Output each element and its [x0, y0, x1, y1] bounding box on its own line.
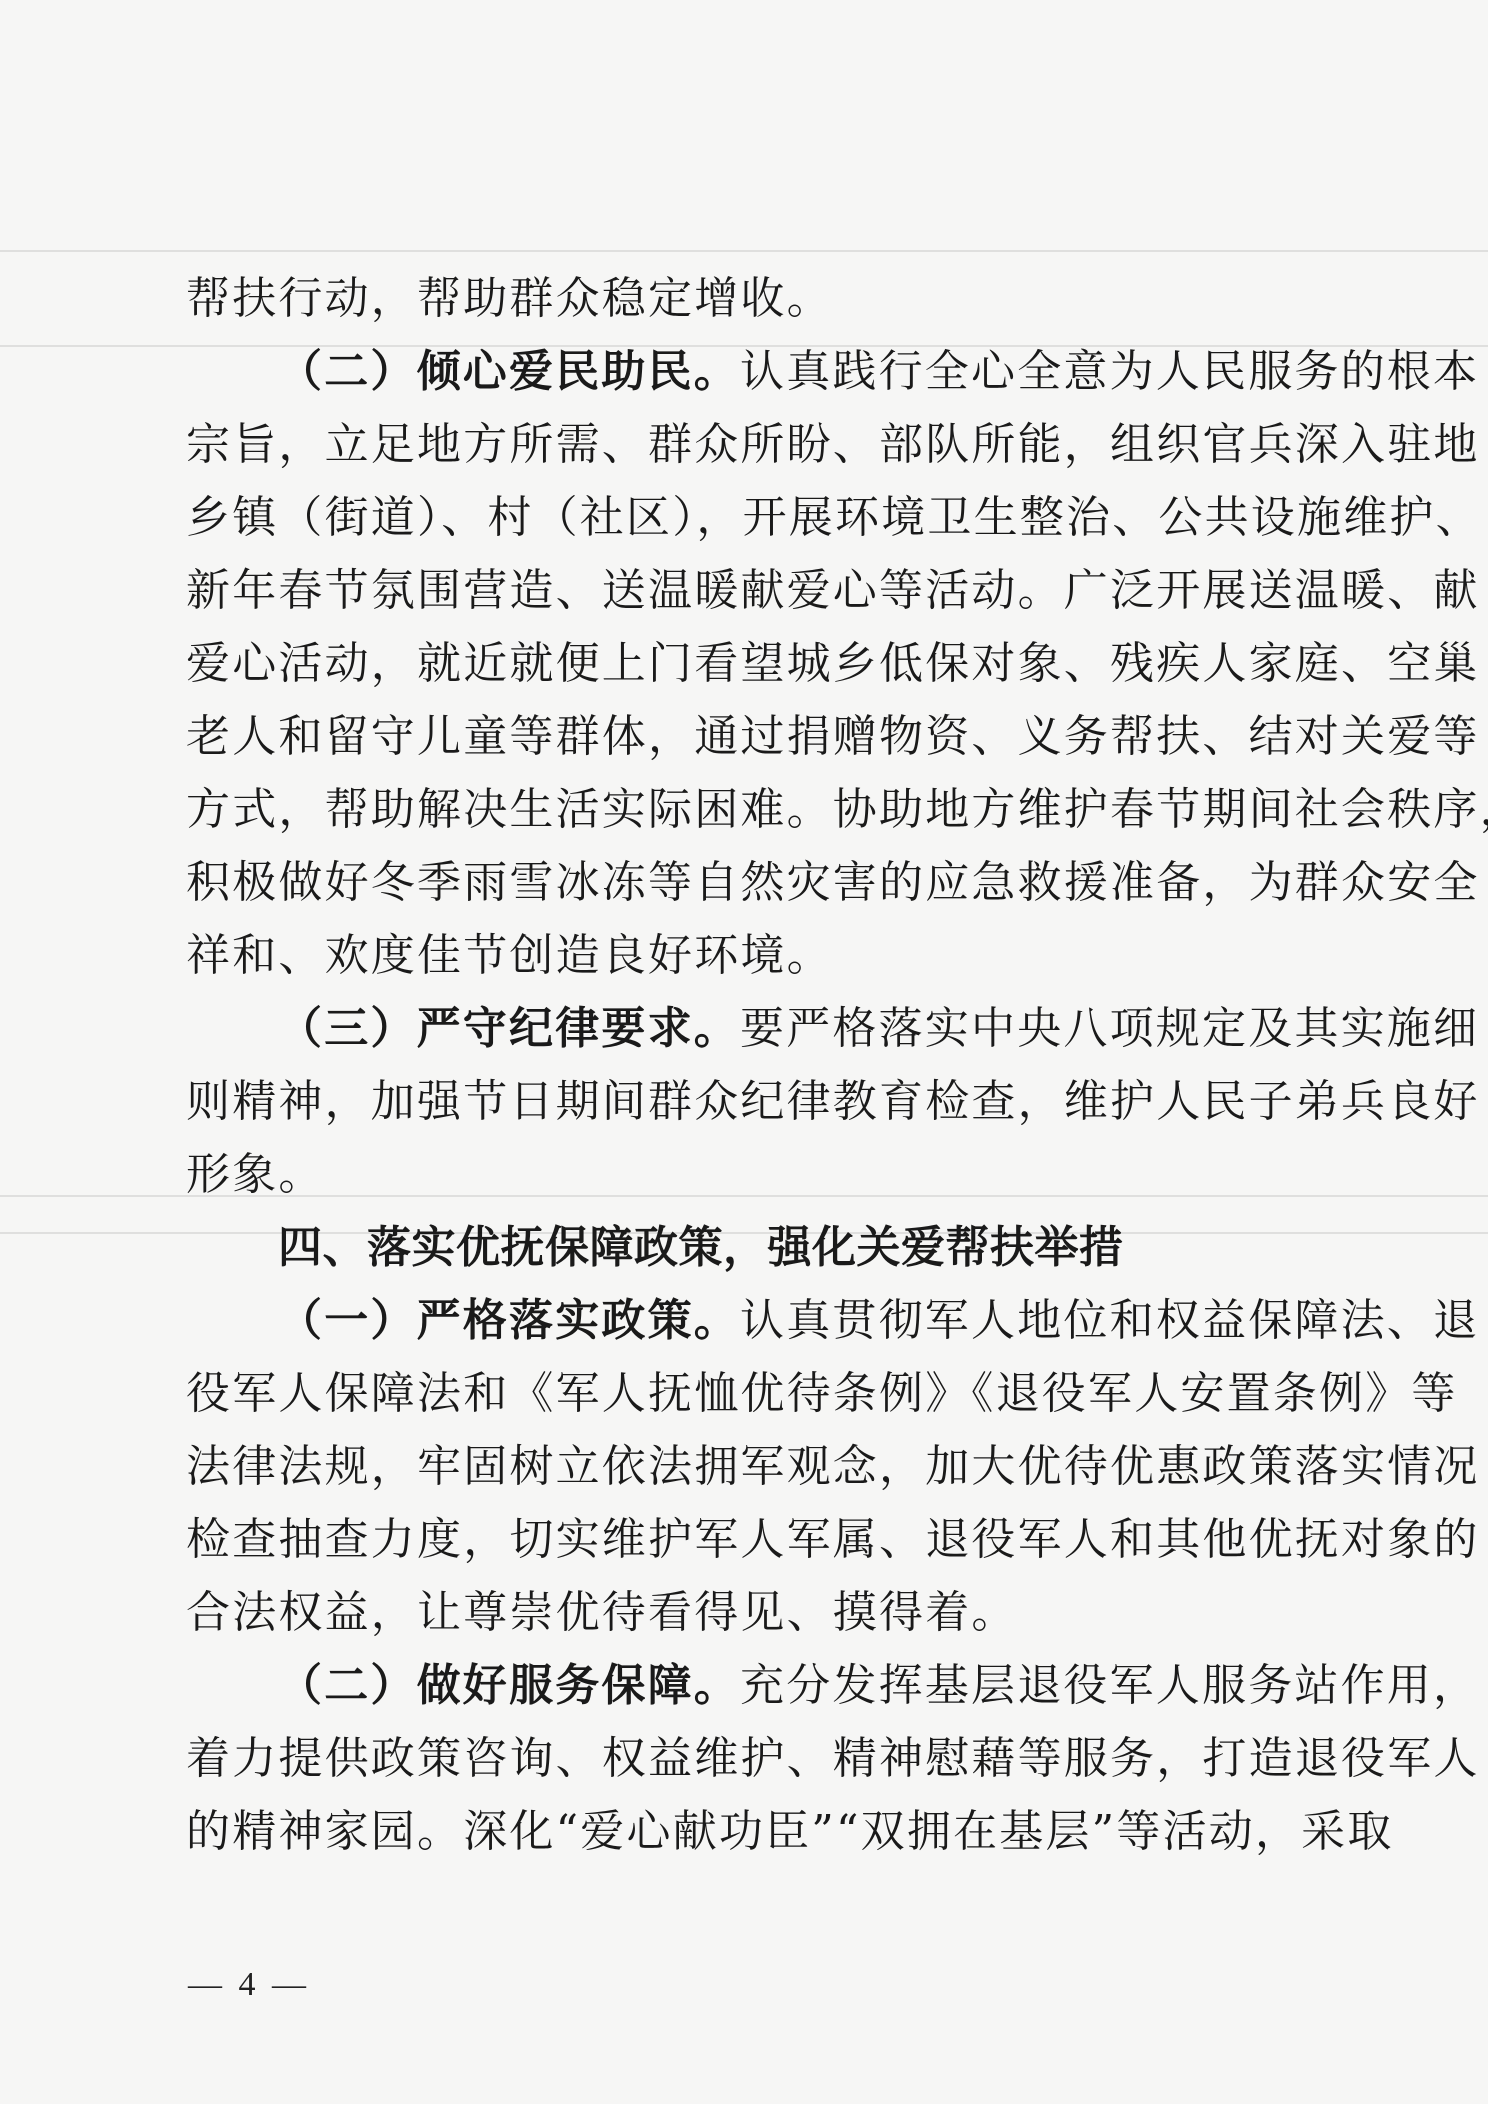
line-text: 形象。	[186, 1149, 325, 1200]
line-text: 充分发挥基层退役军人服务站作用，	[740, 1660, 1479, 1711]
line-text: 新年春节氛围营造、送温暖献爱心等活动。广泛开展送温暖、献	[186, 565, 1480, 616]
paragraph-line: 老人和留守儿童等群体，通过捐赠物资、义务帮扶、结对关爱等	[186, 700, 1316, 773]
line-text: 着力提供政策咨询、权益维护、精神慰藉等服务，打造退役军人	[186, 1733, 1480, 1784]
paragraph-line: 则精神，加强节日期间群众纪律教育检查，维护人民子弟兵良好	[186, 1065, 1316, 1138]
line-text: 宗旨，立足地方所需、群众所盼、部队所能，组织官兵深入驻地	[186, 419, 1480, 470]
subsection-title: （三）严守纪律要求。	[278, 1003, 740, 1054]
line-text: 则精神，加强节日期间群众纪律教育检查，维护人民子弟兵良好	[186, 1076, 1480, 1127]
paragraph-line: 检查抽查力度，切实维护军人军属、退役军人和其他优抚对象的	[186, 1503, 1316, 1576]
paragraph-line: 法律法规，牢固树立依法拥军观念，加大优待优惠政策落实情况	[186, 1430, 1316, 1503]
line-text: 的精神家园。深化“爱心献功臣”“双拥在基层”等活动，采取	[186, 1806, 1394, 1857]
line-text: 帮扶行动，帮助群众稳定增收。	[186, 273, 833, 324]
line-text: 乡镇（街道）、村（社区），开展环境卫生整治、公共设施维护、	[186, 492, 1482, 543]
scan-artifact-line	[0, 250, 1488, 252]
paragraph-line: 积极做好冬季雨雪冰冻等自然灾害的应急救援准备，为群众安全	[186, 846, 1316, 919]
paragraph-line: 役军人保障法和《军人抚恤优待条例》《退役军人安置条例》等	[186, 1357, 1316, 1430]
paragraph-line: （三）严守纪律要求。要严格落实中央八项规定及其实施细	[278, 992, 1316, 1065]
paragraph-line: 方式，帮助解决生活实际困难。协助地方维护春节期间社会秩序，	[186, 773, 1316, 846]
paragraph-line: 的精神家园。深化“爱心献功臣”“双拥在基层”等活动，采取	[186, 1795, 1316, 1868]
line-text: 祥和、欢度佳节创造良好环境。	[186, 930, 833, 981]
line-text: 爱心活动，就近就便上门看望城乡低保对象、残疾人家庭、空巢	[186, 638, 1480, 689]
line-text: 方式，帮助解决生活实际困难。协助地方维护春节期间社会秩序，	[186, 784, 1488, 835]
subsection-title: （二）倾心爱民助民。	[278, 346, 740, 397]
line-text: 认真践行全心全意为人民服务的根本	[740, 346, 1479, 397]
line-text: 合法权益，让尊崇优待看得见、摸得着。	[186, 1587, 1018, 1638]
line-text: 法律法规，牢固树立依法拥军观念，加大优待优惠政策落实情况	[186, 1441, 1480, 1492]
paragraph-line: 爱心活动，就近就便上门看望城乡低保对象、残疾人家庭、空巢	[186, 627, 1316, 700]
line-text: 老人和留守儿童等群体，通过捐赠物资、义务帮扶、结对关爱等	[186, 711, 1480, 762]
section-heading-text: 四、落实优抚保障政策，强化关爱帮扶举措	[278, 1222, 1124, 1273]
paragraph-line: 着力提供政策咨询、权益维护、精神慰藉等服务，打造退役军人	[186, 1722, 1316, 1795]
paragraph-line: 宗旨，立足地方所需、群众所盼、部队所能，组织官兵深入驻地	[186, 408, 1316, 481]
line-text: 认真贯彻军人地位和权益保障法、退	[740, 1295, 1479, 1346]
paragraph-line: 合法权益，让尊崇优待看得见、摸得着。	[186, 1576, 1316, 1649]
line-text: 要严格落实中央八项规定及其实施细	[740, 1003, 1479, 1054]
page-number: — 4 —	[188, 1966, 310, 2004]
paragraph-line: （一）严格落实政策。认真贯彻军人地位和权益保障法、退	[278, 1284, 1316, 1357]
paragraph-line: 祥和、欢度佳节创造良好环境。	[186, 919, 1316, 992]
line-text: 检查抽查力度，切实维护军人军属、退役军人和其他优抚对象的	[186, 1514, 1480, 1565]
paragraph-line: （二）倾心爱民助民。认真践行全心全意为人民服务的根本	[278, 335, 1316, 408]
line-text: 役军人保障法和《军人抚恤优待条例》《退役军人安置条例》等	[186, 1368, 1458, 1419]
paragraph-line: 形象。	[186, 1138, 1316, 1211]
paragraph-line: 乡镇（街道）、村（社区），开展环境卫生整治、公共设施维护、	[186, 481, 1316, 554]
subsection-title: （一）严格落实政策。	[278, 1295, 740, 1346]
paragraph-line: 帮扶行动，帮助群众稳定增收。	[186, 262, 1316, 335]
line-text: 积极做好冬季雨雪冰冻等自然灾害的应急救援准备，为群众安全	[186, 857, 1480, 908]
subsection-title: （二）做好服务保障。	[278, 1660, 740, 1711]
section-heading: 四、落实优抚保障政策，强化关爱帮扶举措	[278, 1211, 1316, 1284]
paragraph-line: 新年春节氛围营造、送温暖献爱心等活动。广泛开展送温暖、献	[186, 554, 1316, 627]
paragraph-line: （二）做好服务保障。充分发挥基层退役军人服务站作用，	[278, 1649, 1316, 1722]
